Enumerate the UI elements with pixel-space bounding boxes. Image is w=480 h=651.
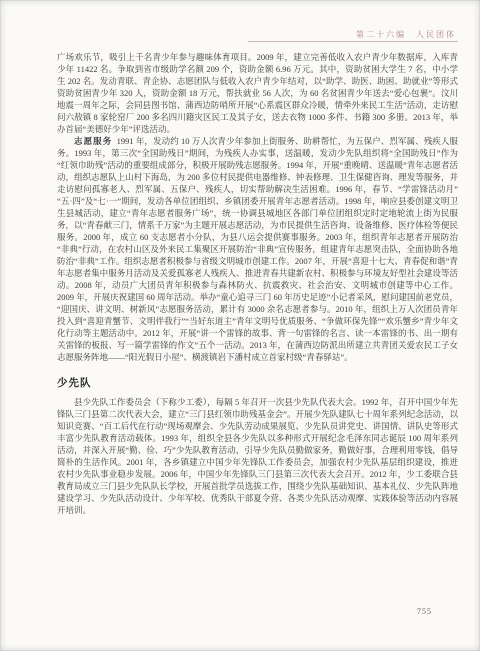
paragraph: 广场欢乐节，吸引上千名青少年参与趣味体育项目。2009 年，建立完善低收入农户青… — [57, 51, 458, 135]
page-number: 755 — [417, 607, 432, 616]
section-heading: 少先队 — [57, 377, 458, 389]
document-page: 第二十六编 人民团体 广场欢乐节，吸引上千名青少年参与趣味体育项目。2009 年… — [0, 0, 480, 651]
paragraph: 志愿服务 1991 年，发动约 10 万人次青少年参加上街服务、助耕帮忙，为五保… — [57, 135, 458, 363]
run-in-heading: 志愿服务 — [74, 136, 112, 146]
paragraph: 县少先队工作委员会（下称少工委），每隔 5 年召开一次县少先队代表大会。1992… — [57, 396, 458, 516]
header-rule — [248, 41, 458, 42]
running-header: 第二十六编 人民团体 — [356, 29, 456, 40]
body-text: 广场欢乐节，吸引上千名青少年参与趣味体育项目。2009 年，建立完善低收入农户青… — [57, 51, 458, 516]
running-header-title: 第二十六编 人民团体 — [356, 30, 456, 39]
